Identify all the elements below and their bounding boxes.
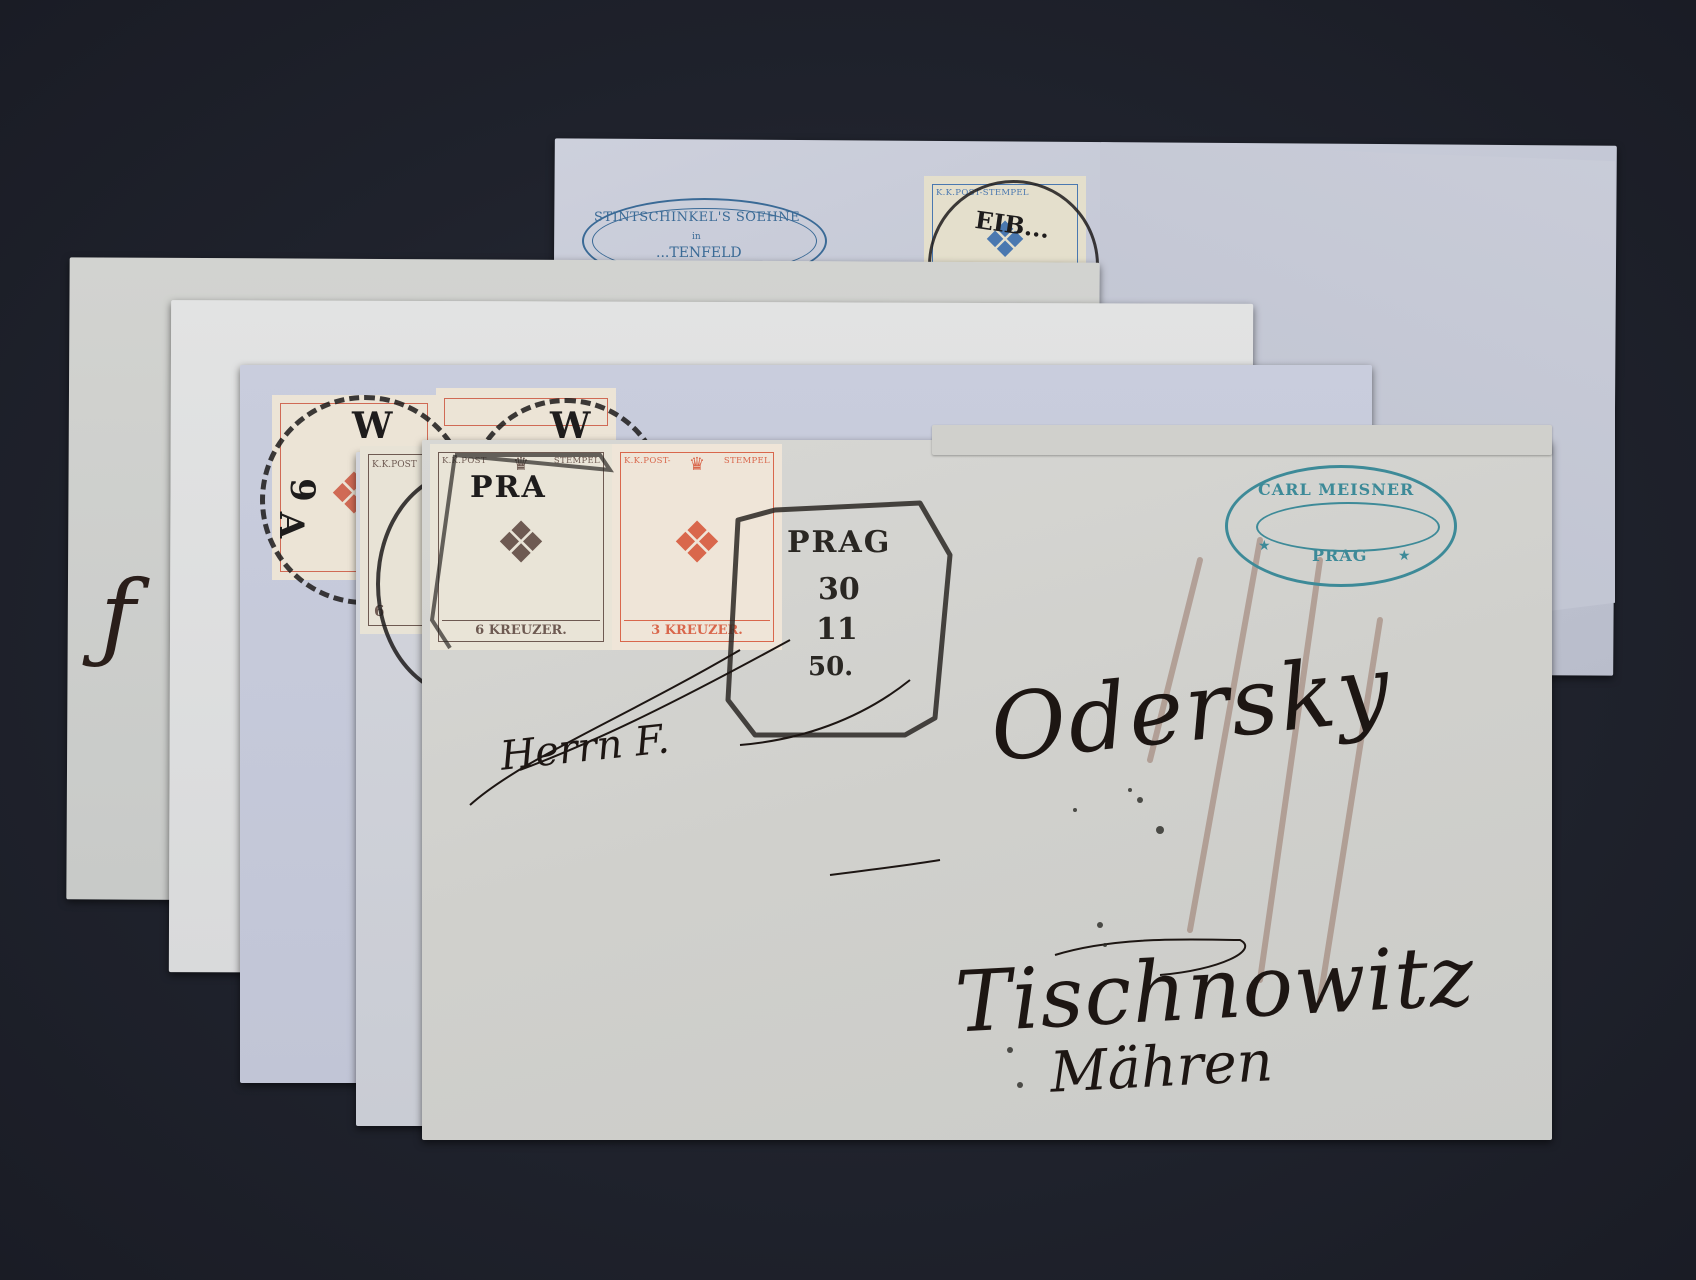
address-region: Mähren	[1048, 1029, 1274, 1106]
star-icon: ★	[1258, 538, 1271, 554]
handstamp-line2: PRAG	[1312, 546, 1367, 565]
handstamp-oval-meisner: CARL MEISNER ★ PRAG ★	[1225, 465, 1457, 587]
handstamp-line1: CARL MEISNER	[1258, 480, 1414, 499]
photo-scene: STINTSCHINKEL'S SOEHNE in ...TENFELD K.K…	[0, 0, 1696, 1280]
postmark-town: PRAG	[787, 525, 891, 560]
postmark-month: 11	[816, 612, 858, 647]
star-icon: ★	[1398, 548, 1411, 564]
postmark-day: 30	[818, 572, 860, 607]
postmark-year: 50.	[808, 652, 853, 682]
